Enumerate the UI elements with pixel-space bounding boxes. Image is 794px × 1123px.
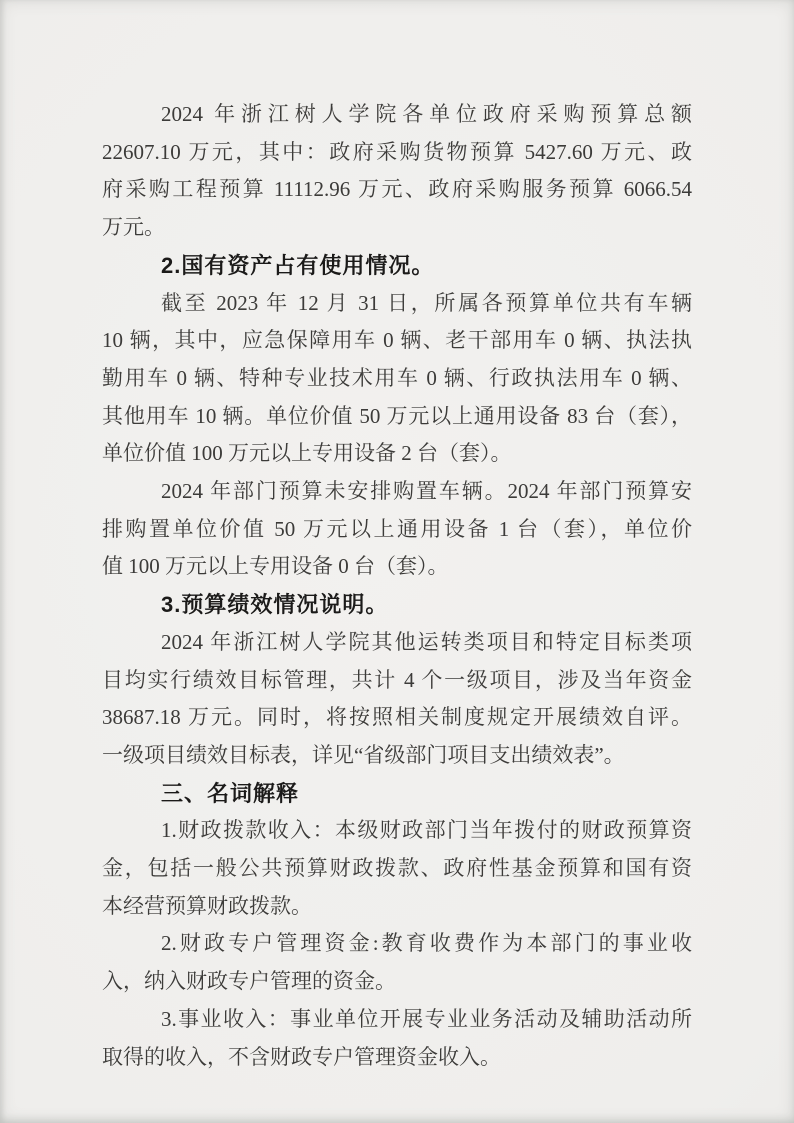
text-line: 2024 年部门预算未安排购置车辆。2024 年部门预算安 xyxy=(102,473,692,511)
text-line: 2024 年浙江树人学院各单位政府采购预算总额 xyxy=(102,96,692,134)
text-line: 金，包括一般公共预算财政拨款、政府性基金预算和国有资 xyxy=(102,850,692,888)
heading-line: 2.国有资产占有使用情况。 xyxy=(102,247,692,285)
text-line: 一级项目绩效目标表，详见“省级部门项目支出绩效表”。 xyxy=(102,737,692,775)
text-line: 勤用车 0 辆、特种专业技术用车 0 辆、行政执法用车 0 辆、 xyxy=(102,360,692,398)
text-line: 目均实行绩效目标管理，共计 4 个一级项目，涉及当年资金 xyxy=(102,662,692,700)
paragraph-def-operational-income: 3.事业收入：事业单位开展专业业务活动及辅助活动所 取得的收入，不含财政专户管理… xyxy=(102,1001,692,1076)
document-page: 2024 年浙江树人学院各单位政府采购预算总额 22607.10 万元，其中：政… xyxy=(0,0,794,1123)
paragraph-vehicles-equipment: 截至 2023 年 12 月 31 日，所属各预算单位共有车辆 10 辆，其中，… xyxy=(102,285,692,474)
text-line: 2024 年浙江树人学院其他运转类项目和特定目标类项 xyxy=(102,624,692,662)
text-line: 府采购工程预算 11112.96 万元、政府采购服务预算 6066.54 xyxy=(102,171,692,209)
text-line: 单位价值 100 万元以上专用设备 2 台（套）。 xyxy=(102,435,692,473)
heading-line: 三、名词解释 xyxy=(102,775,692,813)
text-line: 1.财政拨款收入：本级财政部门当年拨付的财政预算资 xyxy=(102,812,692,850)
text-line: 值 100 万元以上专用设备 0 台（套）。 xyxy=(102,548,692,586)
paragraph-procurement-budget: 2024 年浙江树人学院各单位政府采购预算总额 22607.10 万元，其中：政… xyxy=(102,96,692,247)
text-line: 本经营预算财政拨款。 xyxy=(102,888,692,926)
text-line: 3.事业收入：事业单位开展专业业务活动及辅助活动所 xyxy=(102,1001,692,1039)
paragraph-def-fiscal-appropriation: 1.财政拨款收入：本级财政部门当年拨付的财政预算资 金，包括一般公共预算财政拨款… xyxy=(102,812,692,925)
text-line: 万元。 xyxy=(102,209,692,247)
heading-line: 3.预算绩效情况说明。 xyxy=(102,586,692,624)
paragraph-performance-targets: 2024 年浙江树人学院其他运转类项目和特定目标类项 目均实行绩效目标管理，共计… xyxy=(102,624,692,775)
text-line: 2.财政专户管理资金:教育收费作为本部门的事业收 xyxy=(102,925,692,963)
text-line: 入，纳入财政专户管理的资金。 xyxy=(102,963,692,1001)
text-line: 10 辆，其中，应急保障用车 0 辆、老干部用车 0 辆、执法执 xyxy=(102,322,692,360)
section-heading-glossary: 三、名词解释 xyxy=(102,775,692,813)
text-line: 截至 2023 年 12 月 31 日，所属各预算单位共有车辆 xyxy=(102,285,692,323)
text-line: 38687.18 万元。同时，将按照相关制度规定开展绩效自评。 xyxy=(102,699,692,737)
paragraph-2024-purchases: 2024 年部门预算未安排购置车辆。2024 年部门预算安 排购置单位价值 50… xyxy=(102,473,692,586)
text-line: 取得的收入，不含财政专户管理资金收入。 xyxy=(102,1039,692,1077)
section-heading-state-assets: 2.国有资产占有使用情况。 xyxy=(102,247,692,285)
paragraph-def-special-account: 2.财政专户管理资金:教育收费作为本部门的事业收 入，纳入财政专户管理的资金。 xyxy=(102,925,692,1000)
text-line: 排购置单位价值 50 万元以上通用设备 1 台（套），单位价 xyxy=(102,511,692,549)
text-line: 其他用车 10 辆。单位价值 50 万元以上通用设备 83 台（套）， xyxy=(102,398,692,436)
section-heading-performance: 3.预算绩效情况说明。 xyxy=(102,586,692,624)
text-line: 22607.10 万元，其中：政府采购货物预算 5427.60 万元、政 xyxy=(102,134,692,172)
document-body: 2024 年浙江树人学院各单位政府采购预算总额 22607.10 万元，其中：政… xyxy=(102,96,692,1076)
